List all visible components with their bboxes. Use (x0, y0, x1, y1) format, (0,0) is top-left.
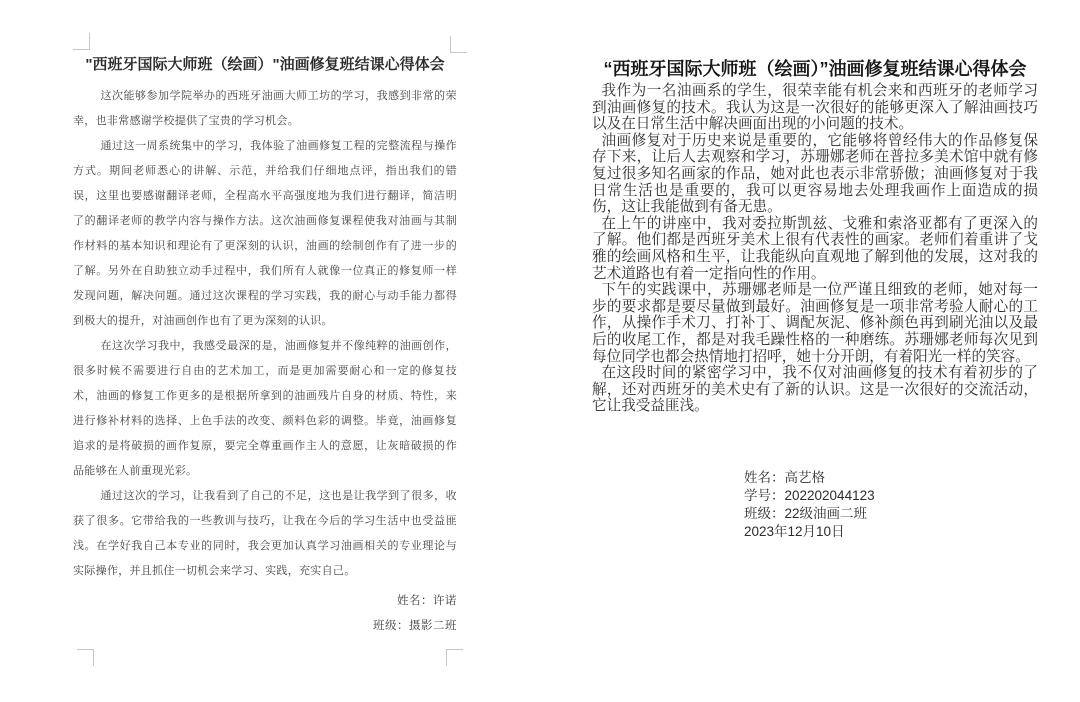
right-signature-class: 班级：22级油画二班 (744, 505, 1038, 523)
right-signature-date: 2023年12月10日 (744, 523, 1038, 541)
right-signature-student-id: 学号：202202044123 (744, 487, 1038, 505)
left-signature-block: 姓名：许诺 班级：摄影二班 (73, 589, 457, 639)
right-paragraph-1: 我作为一名油画系的学生，很荣幸能有机会来和西班牙的老师学习到油画修复的技术。我认… (592, 83, 1038, 133)
right-document-page: “西班牙国际大师班（绘画）”油画修复班结课心得体会 我作为一名油画系的学生，很荣… (592, 57, 1038, 541)
right-paragraph-2: 油画修复对于历史来说是重要的，它能够将曾经伟大的作品修复保存下来，让后人去观察和… (592, 133, 1038, 216)
left-paragraph-4: 通过这次的学习，让我看到了自己的不足，这也是让我学到了很多，收获了很多。它带给我… (73, 484, 457, 584)
right-signature-block: 姓名：高艺格 学号：202202044123 班级：22级油画二班 2023年1… (744, 469, 1038, 541)
left-signature-class: 班级：摄影二班 (73, 614, 457, 639)
right-page-body: 我作为一名油画系的学生，很荣幸能有机会来和西班牙的老师学习到油画修复的技术。我认… (592, 83, 1038, 415)
corner-mark-bottom-left-icon (77, 649, 94, 666)
left-document-page: "西班牙国际大师班（绘画）"油画修复班结课心得体会 这次能够参加学院举办的西班牙… (73, 54, 457, 639)
left-paragraph-2: 通过这一周系统集中的学习，我体验了油画修复工程的完整流程与操作方式。期间老师悉心… (73, 134, 457, 334)
left-page-body: 这次能够参加学院举办的西班牙油画大师工坊的学习，我感到非常的荣幸，也非常感谢学校… (73, 84, 457, 584)
left-paragraph-1: 这次能够参加学院举办的西班牙油画大师工坊的学习，我感到非常的荣幸，也非常感谢学校… (73, 84, 457, 134)
right-page-title: “西班牙国际大师班（绘画）”油画修复班结课心得体会 (592, 57, 1038, 81)
right-paragraph-5: 在这段时间的紧密学习中，我不仅对油画修复的技术有着初步的了解，还对西班牙的美术史… (592, 365, 1038, 415)
right-paragraph-3: 在上午的讲座中，我对委拉斯凯兹、戈雅和索洛亚都有了更深入的了解。他们都是西班牙美… (592, 216, 1038, 282)
corner-mark-top-right-icon (450, 36, 467, 53)
right-signature-name: 姓名：高艺格 (744, 469, 1038, 487)
corner-mark-bottom-right-icon (446, 649, 463, 666)
document-canvas: "西班牙国际大师班（绘画）"油画修复班结课心得体会 这次能够参加学院举办的西班牙… (0, 0, 1080, 702)
right-paragraph-4: 下午的实践课中，苏珊娜老师是一位严谨且细致的老师，她对每一步的要求都是要尽量做到… (592, 282, 1038, 365)
left-signature-name: 姓名：许诺 (73, 589, 457, 614)
left-paragraph-3: 在这次学习我中，我感受最深的是，油画修复并不像纯粹的油画创作，很多时候不需要进行… (73, 334, 457, 484)
left-page-title: "西班牙国际大师班（绘画）"油画修复班结课心得体会 (73, 54, 457, 75)
corner-mark-top-left-icon (73, 33, 90, 50)
